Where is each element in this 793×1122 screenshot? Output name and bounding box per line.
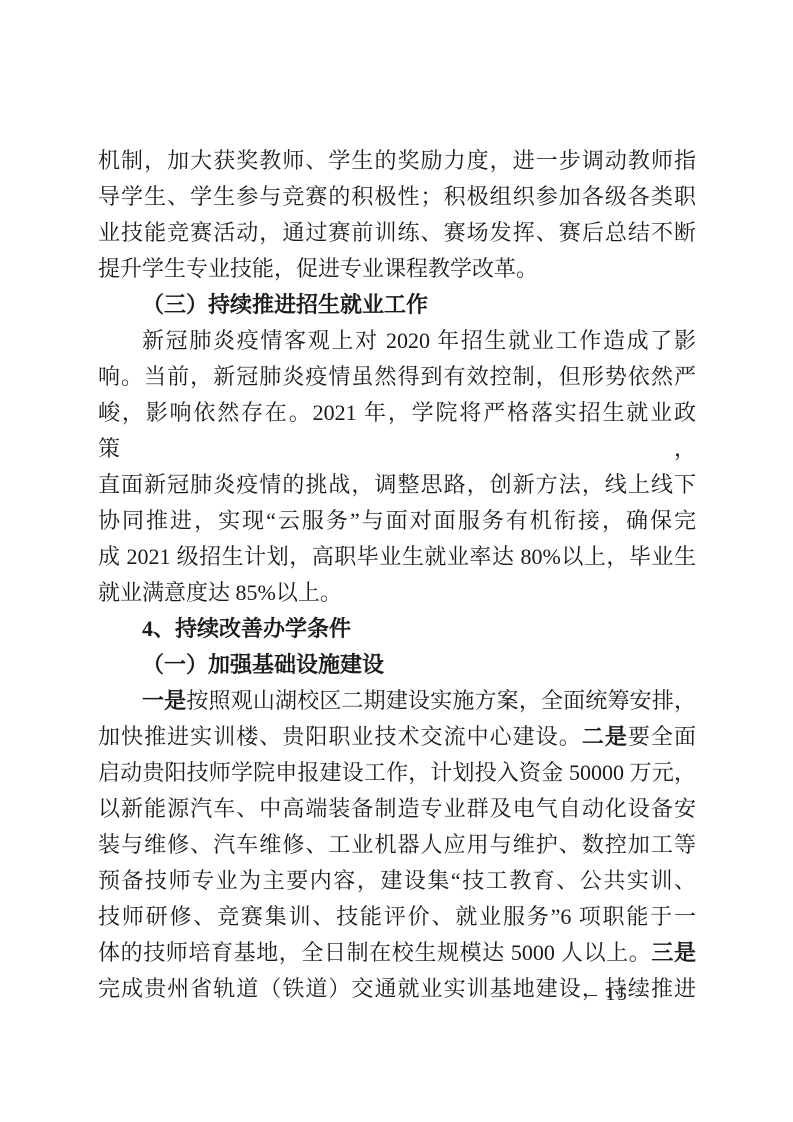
text-run: 就业满意度达 85%以上。 <box>98 580 342 605</box>
body-text-line: 体的技师培育基地，全日制在校生规模达 5000 人以上。三是 <box>98 935 696 971</box>
text-run: 装与维修、汽车维修、工业机器人应用与维护、数控加工等 <box>98 832 696 857</box>
body-text-line: 启动贵阳技师学院申报建设工作，计划投入资金 50000 万元， <box>98 755 696 791</box>
text-run: 按照观山湖校区二期建设实施方案，全面统筹安排， <box>186 688 696 713</box>
body-text-line: 机制，加大获奖教师、学生的奖励力度，进一步调动教师指 <box>98 143 696 179</box>
bold-run: 二是 <box>582 724 628 749</box>
text-run: 技师研修、竞赛集训、技能评价、就业服务”6 项职能于一 <box>98 904 696 929</box>
body-text-line: 峻，影响依然存在。2021 年，学院将严格落实招生就业政策， <box>98 395 696 467</box>
bold-run: 4、持续改善办学条件 <box>142 616 351 641</box>
body-text-line: 技师研修、竞赛集训、技能评价、就业服务”6 项职能于一 <box>98 899 696 935</box>
text-run: 体的技师培育基地，全日制在校生规模达 5000 人以上。 <box>98 940 651 965</box>
body-text-line: 提升学生专业技能，促进专业课程教学改革。 <box>98 251 696 287</box>
text-run: 机制，加大获奖教师、学生的奖励力度，进一步调动教师指 <box>98 148 696 173</box>
bold-run: 三是 <box>651 940 696 965</box>
heading-line: （三）持续推进招生就业工作 <box>98 287 696 323</box>
text-run: 加快推进实训楼、贵阳职业技术交流中心建设。 <box>98 724 582 749</box>
text-run: 业技能竞赛活动，通过赛前训练、赛场发挥、赛后总结不断 <box>98 220 696 245</box>
body-text-line: 就业满意度达 85%以上。 <box>98 575 696 611</box>
document-page: 机制，加大获奖教师、学生的奖励力度，进一步调动教师指导学生、学生参与竞赛的积极性… <box>0 0 793 1122</box>
body-text-line: 新冠肺炎疫情客观上对 2020 年招生就业工作造成了影 <box>98 323 696 359</box>
bold-run: （一）加强基础设施建设 <box>142 652 384 677</box>
text-run: 以新能源汽车、中高端装备制造专业群及电气自动化设备安 <box>98 796 696 821</box>
body-text-line: 装与维修、汽车维修、工业机器人应用与维护、数控加工等 <box>98 827 696 863</box>
text-run: 直面新冠肺炎疫情的挑战，调整思路，创新方法，线上线下 <box>98 472 696 497</box>
heading-line: （一）加强基础设施建设 <box>98 647 696 683</box>
page-number: – 15 – <box>588 983 648 1007</box>
text-run: 响。当前，新冠肺炎疫情虽然得到有效控制，但形势依然严 <box>98 364 696 389</box>
body-text-line: 直面新冠肺炎疫情的挑战，调整思路，创新方法，线上线下 <box>98 467 696 503</box>
body-text-line: 成 2021 级招生计划，高职毕业生就业率达 80%以上，毕业生 <box>98 539 696 575</box>
body-text-line: 导学生、学生参与竞赛的积极性；积极组织参加各级各类职 <box>98 179 696 215</box>
text-run: 启动贵阳技师学院申报建设工作，计划投入资金 50000 万元， <box>98 760 696 785</box>
body-text-line: 响。当前，新冠肺炎疫情虽然得到有效控制，但形势依然严 <box>98 359 696 395</box>
text-run: 要全面 <box>628 724 696 749</box>
bold-run: 一是 <box>142 688 186 713</box>
document-content: 机制，加大获奖教师、学生的奖励力度，进一步调动教师指导学生、学生参与竞赛的积极性… <box>98 143 696 1007</box>
body-text-line: 加快推进实训楼、贵阳职业技术交流中心建设。二是要全面 <box>98 719 696 755</box>
text-run: 新冠肺炎疫情客观上对 2020 年招生就业工作造成了影 <box>142 328 696 353</box>
body-text-line: 预备技师专业为主要内容，建设集“技工教育、公共实训、 <box>98 863 696 899</box>
text-run: 峻，影响依然存在。2021 年，学院将严格落实招生就业政策， <box>98 400 696 461</box>
text-run: 提升学生专业技能，促进专业课程教学改革。 <box>98 256 538 281</box>
body-text-line: 一是按照观山湖校区二期建设实施方案，全面统筹安排， <box>98 683 696 719</box>
text-run: 协同推进，实现“云服务”与面对面服务有机衔接，确保完 <box>98 508 696 533</box>
text-run: 成 2021 级招生计划，高职毕业生就业率达 80%以上，毕业生 <box>98 544 696 569</box>
body-text-line: 业技能竞赛活动，通过赛前训练、赛场发挥、赛后总结不断 <box>98 215 696 251</box>
bold-run: （三）持续推进招生就业工作 <box>142 292 428 317</box>
body-text-line: 协同推进，实现“云服务”与面对面服务有机衔接，确保完 <box>98 503 696 539</box>
text-run: 预备技师专业为主要内容，建设集“技工教育、公共实训、 <box>98 868 696 893</box>
heading-line: 4、持续改善办学条件 <box>98 611 696 647</box>
body-text-line: 以新能源汽车、中高端装备制造专业群及电气自动化设备安 <box>98 791 696 827</box>
text-run: 导学生、学生参与竞赛的积极性；积极组织参加各级各类职 <box>98 184 696 209</box>
